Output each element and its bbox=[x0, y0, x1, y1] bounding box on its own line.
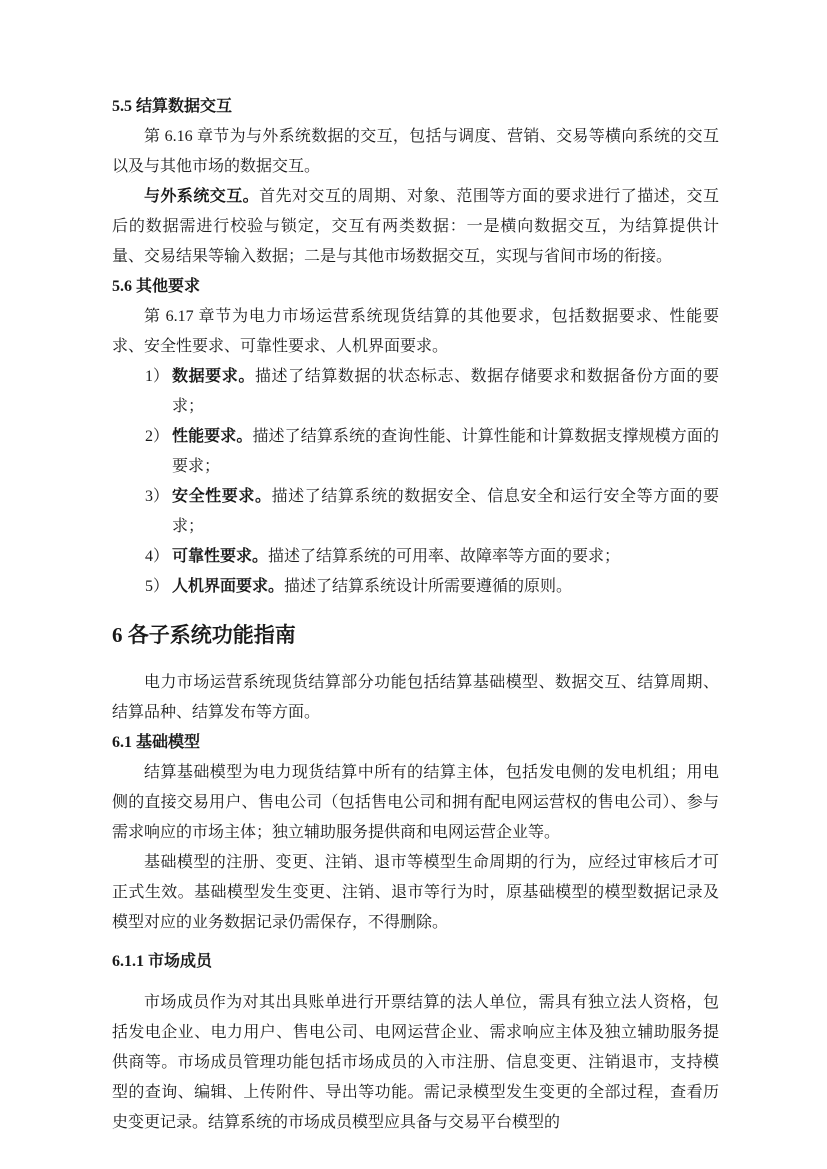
document-page: 5.5 结算数据交互 第 6.16 章节为与外系统数据的交互，包括与调度、营销、… bbox=[0, 0, 827, 1169]
heading-5-6-other-requirements: 5.6 其他要求 bbox=[112, 272, 719, 302]
list-item-data-requirement: 1）数据要求。描述了结算数据的状态标志、数据存储要求和数据备份方面的要求； bbox=[112, 362, 719, 422]
heading-6-subsystem-function-guide: 6 各子系统功能指南 bbox=[112, 618, 719, 652]
para-lead-term: 与外系统交互。 bbox=[144, 188, 259, 205]
para-6-1-model-lifecycle: 基础模型的注册、变更、注销、退市等模型生命周期的行为，应经过审核后才可正式生效。… bbox=[112, 848, 719, 938]
list-item-text: 描述了结算系统的可用率、故障率等方面的要求； bbox=[268, 548, 620, 565]
list-item-term: 可靠性要求。 bbox=[172, 548, 268, 565]
list-item-term: 安全性要求。 bbox=[172, 488, 272, 505]
list-item-number: 4） bbox=[145, 542, 169, 572]
list-item-term: 性能要求。 bbox=[172, 428, 252, 445]
list-item-text: 描述了结算数据的状态标志、数据存储要求和数据备份方面的要求； bbox=[172, 368, 719, 415]
heading-6-1-1-market-members: 6.1.1 市场成员 bbox=[112, 947, 719, 977]
requirements-list: 1）数据要求。描述了结算数据的状态标志、数据存储要求和数据备份方面的要求； 2）… bbox=[112, 362, 719, 602]
list-item-text: 描述了结算系统的查询性能、计算性能和计算数据支撑规模方面的要求； bbox=[172, 428, 719, 475]
para-5-6-intro: 第 6.17 章节为电力市场运营系统现货结算的其他要求，包括数据要求、性能要求、… bbox=[112, 302, 719, 362]
para-6-1-1-market-members: 市场成员作为对其出具账单进行开票结算的法人单位，需具有独立法人资格，包括发电企业… bbox=[112, 988, 719, 1138]
list-item-term: 数据要求。 bbox=[172, 368, 255, 385]
heading-6-1-basic-model: 6.1 基础模型 bbox=[112, 728, 719, 758]
list-item-number: 5） bbox=[145, 572, 169, 602]
heading-5-5-settlement-data-interaction: 5.5 结算数据交互 bbox=[112, 92, 719, 122]
list-item-ui-requirement: 5）人机界面要求。描述了结算系统设计所需要遵循的原则。 bbox=[112, 572, 719, 602]
list-item-number: 3） bbox=[145, 482, 169, 512]
para-6-intro: 电力市场运营系统现货结算部分功能包括结算基础模型、数据交互、结算周期、结算品种、… bbox=[112, 668, 719, 728]
para-6-1-settlement-subjects: 结算基础模型为电力现货结算中所有的结算主体，包括发电侧的发电机组；用电侧的直接交… bbox=[112, 758, 719, 848]
list-item-number: 2） bbox=[145, 422, 169, 452]
list-item-number: 1） bbox=[145, 362, 169, 392]
para-external-system-interaction: 与外系统交互。首先对交互的周期、对象、范围等方面的要求进行了描述，交互后的数据需… bbox=[112, 182, 719, 272]
list-item-reliability-requirement: 4）可靠性要求。描述了结算系统的可用率、故障率等方面的要求； bbox=[112, 542, 719, 572]
document-content: 5.5 结算数据交互 第 6.16 章节为与外系统数据的交互，包括与调度、营销、… bbox=[112, 92, 719, 1138]
para-5-5-intro: 第 6.16 章节为与外系统数据的交互，包括与调度、营销、交易等横向系统的交互以… bbox=[112, 122, 719, 182]
list-item-text: 描述了结算系统设计所需要遵循的原则。 bbox=[284, 578, 572, 595]
list-item-term: 人机界面要求。 bbox=[172, 578, 284, 595]
list-item-performance-requirement: 2）性能要求。描述了结算系统的查询性能、计算性能和计算数据支撑规模方面的要求； bbox=[112, 422, 719, 482]
list-item-security-requirement: 3）安全性要求。描述了结算系统的数据安全、信息安全和运行安全等方面的要求； bbox=[112, 482, 719, 542]
